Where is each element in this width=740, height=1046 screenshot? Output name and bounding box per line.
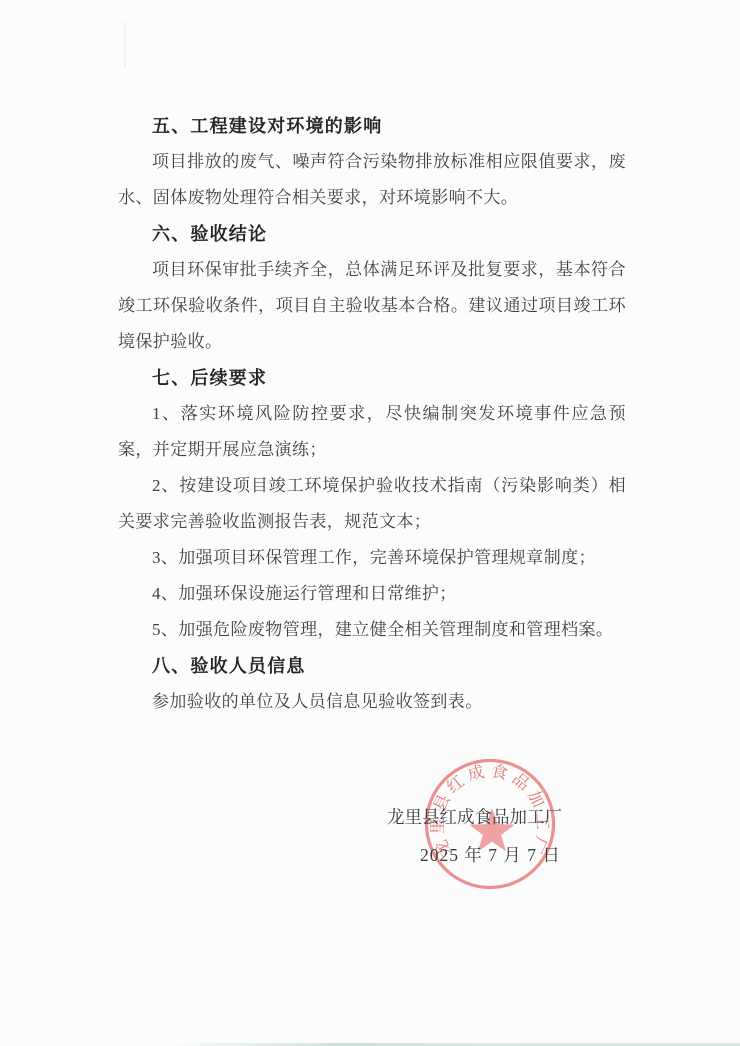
- section-8-paragraph: 参加验收的单位及人员信息见验收签到表。: [118, 684, 626, 720]
- requirement-item-1: 1、落实环境风险防控要求，尽快编制突发环境事件应急预案，并定期开展应急演练；: [118, 396, 626, 468]
- requirement-item-3: 3、加强项目环保管理工作，完善环境保护管理规章制度；: [118, 540, 626, 576]
- requirement-item-4: 4、加强环保设施运行管理和日常维护；: [118, 576, 626, 612]
- requirement-item-2: 2、按建设项目竣工环境保护验收技术指南（污染影响类）相关要求完善验收监测报告表，…: [118, 468, 626, 540]
- company-name: 龙里县红成食品加工厂: [387, 804, 567, 829]
- section-heading-8: 八、验收人员信息: [118, 648, 626, 684]
- scanned-document-page: 五、工程建设对环境的影响 项目排放的废气、噪声符合污染物排放标准相应限值要求，废…: [0, 0, 740, 1046]
- requirement-item-5: 5、加强危险废物管理，建立健全相关管理制度和管理档案。: [118, 612, 626, 648]
- document-body: 五、工程建设对环境的影响 项目排放的废气、噪声符合污染物排放标准相应限值要求，废…: [118, 108, 626, 720]
- section-heading-6: 六、验收结论: [118, 216, 626, 252]
- section-heading-5: 五、工程建设对环境的影响: [118, 108, 626, 144]
- signature-date: 2025 年 7 月 7 日: [420, 842, 550, 867]
- section-6-paragraph: 项目环保审批手续齐全，总体满足环评及批复要求，基本符合竣工环保验收条件，项目自主…: [118, 252, 626, 360]
- section-heading-7: 七、后续要求: [118, 360, 626, 396]
- section-5-paragraph: 项目排放的废气、噪声符合污染物排放标准相应限值要求，废水、固体废物处理符合相关要…: [118, 144, 626, 216]
- scan-artifact: [124, 22, 126, 68]
- signature-block: 龙里县红成食品加工厂 龙里县红成食品加工厂 2025 年 7 月 7 日: [0, 742, 740, 942]
